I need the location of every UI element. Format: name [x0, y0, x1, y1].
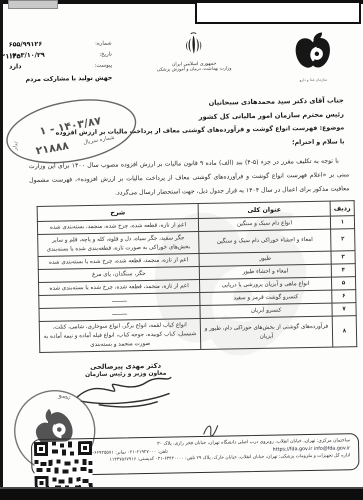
number-value: ۶۵۵/۹۹۱۲۶ [9, 40, 43, 49]
gov-line2: وزارت بهداشت، درمان و آموزش پزشکی [144, 66, 244, 73]
fda-logo-caption: سازمان غذا و دارو [280, 77, 346, 82]
letter-attachment-row: پیوست: دارد [9, 61, 112, 74]
header-row-number: ردیف [330, 201, 354, 216]
scan-top-left-artifact [8, 0, 58, 9]
row-title: امعاء و احشاء خوراکی دام سبک و سنگین [199, 229, 331, 253]
signature-block: دکتر مهدی پیرصالحی معاون وزیر و رئیس ساز… [61, 361, 191, 378]
row-title: فرآورده‌های گوشتی از بخش‌های خوراکی دام،… [200, 316, 333, 349]
fda-logo-block: سازمان غذا و دارو [279, 30, 346, 82]
row-number: ۱ [330, 216, 354, 229]
row-number: ۳ [331, 251, 355, 264]
attachment-value: دارد [9, 62, 22, 70]
row-desc: انواع کباب لقمه، انواع برگر، انواع سوخار… [39, 319, 201, 353]
row-number: ۵ [331, 277, 355, 290]
serial-number: ۲۱۸۸۸ [35, 139, 70, 158]
stamped-time-note: ۲۱:۴۵ [1, 52, 21, 60]
row-desc: جگر سفید، جگر سیاه، دل و قلوه، کله و پاچ… [38, 232, 199, 257]
registration-stamp-arc-text: اداره کل دبیرخانه مرکزی [0, 102, 22, 155]
scan-top-right-artifact [195, 0, 361, 24]
letter-meta-block: شماره: ۶۵۵/۹۹۱۲۶ تاریخ: ۱۴۰۳/۱۰/۲۹ پیوست… [9, 39, 113, 84]
serial-label: شماره سریال [83, 135, 116, 147]
government-header-block: جمهوری اسلامی ایران وزارت بهداشت، درمان … [143, 30, 244, 73]
document-content: سازمان غذا و دارو جمهوری اسلامی ایران وز… [0, 0, 363, 500]
date-label: تاریخ: [99, 52, 112, 58]
row-number: ۸ [332, 316, 357, 347]
row-number: ۷ [332, 303, 356, 316]
year-slogan: جهش تولید با مشارکت مردم [9, 75, 112, 84]
fda-apple-logo-icon [292, 31, 333, 74]
scan-left-border [0, 0, 3, 500]
iran-emblem-icon [182, 31, 204, 57]
row-number: ۲ [331, 229, 355, 251]
table-row: ۸فرآورده‌های گوشتی از بخش‌های خوراکی دام… [39, 316, 357, 353]
registration-entry-number: ۱۴۰۳/۸۷ - ۱ [39, 114, 103, 138]
row-number: ۴ [331, 264, 355, 277]
exemption-table: ردیف عنوان کلی شرح ۱انواع دام سبک و سنگی… [37, 200, 358, 353]
subject-label: موضوع: [319, 124, 344, 131]
attachment-label: پیوست: [94, 63, 112, 69]
svg-text:اداره کل دبیرخانه مرکزی: اداره کل دبیرخانه مرکزی [0, 102, 22, 155]
row-number: ۶ [332, 290, 356, 303]
scan-bottom-border [0, 487, 363, 500]
number-label: شماره: [95, 41, 112, 47]
letter-body: با توجه به تکلیف مقرر در جزء (۵-۴) بند (… [29, 154, 350, 202]
scanned-letter-page: { "letterhead": { "org_caption": "سازمان… [0, 0, 363, 500]
qr-code [34, 441, 93, 490]
